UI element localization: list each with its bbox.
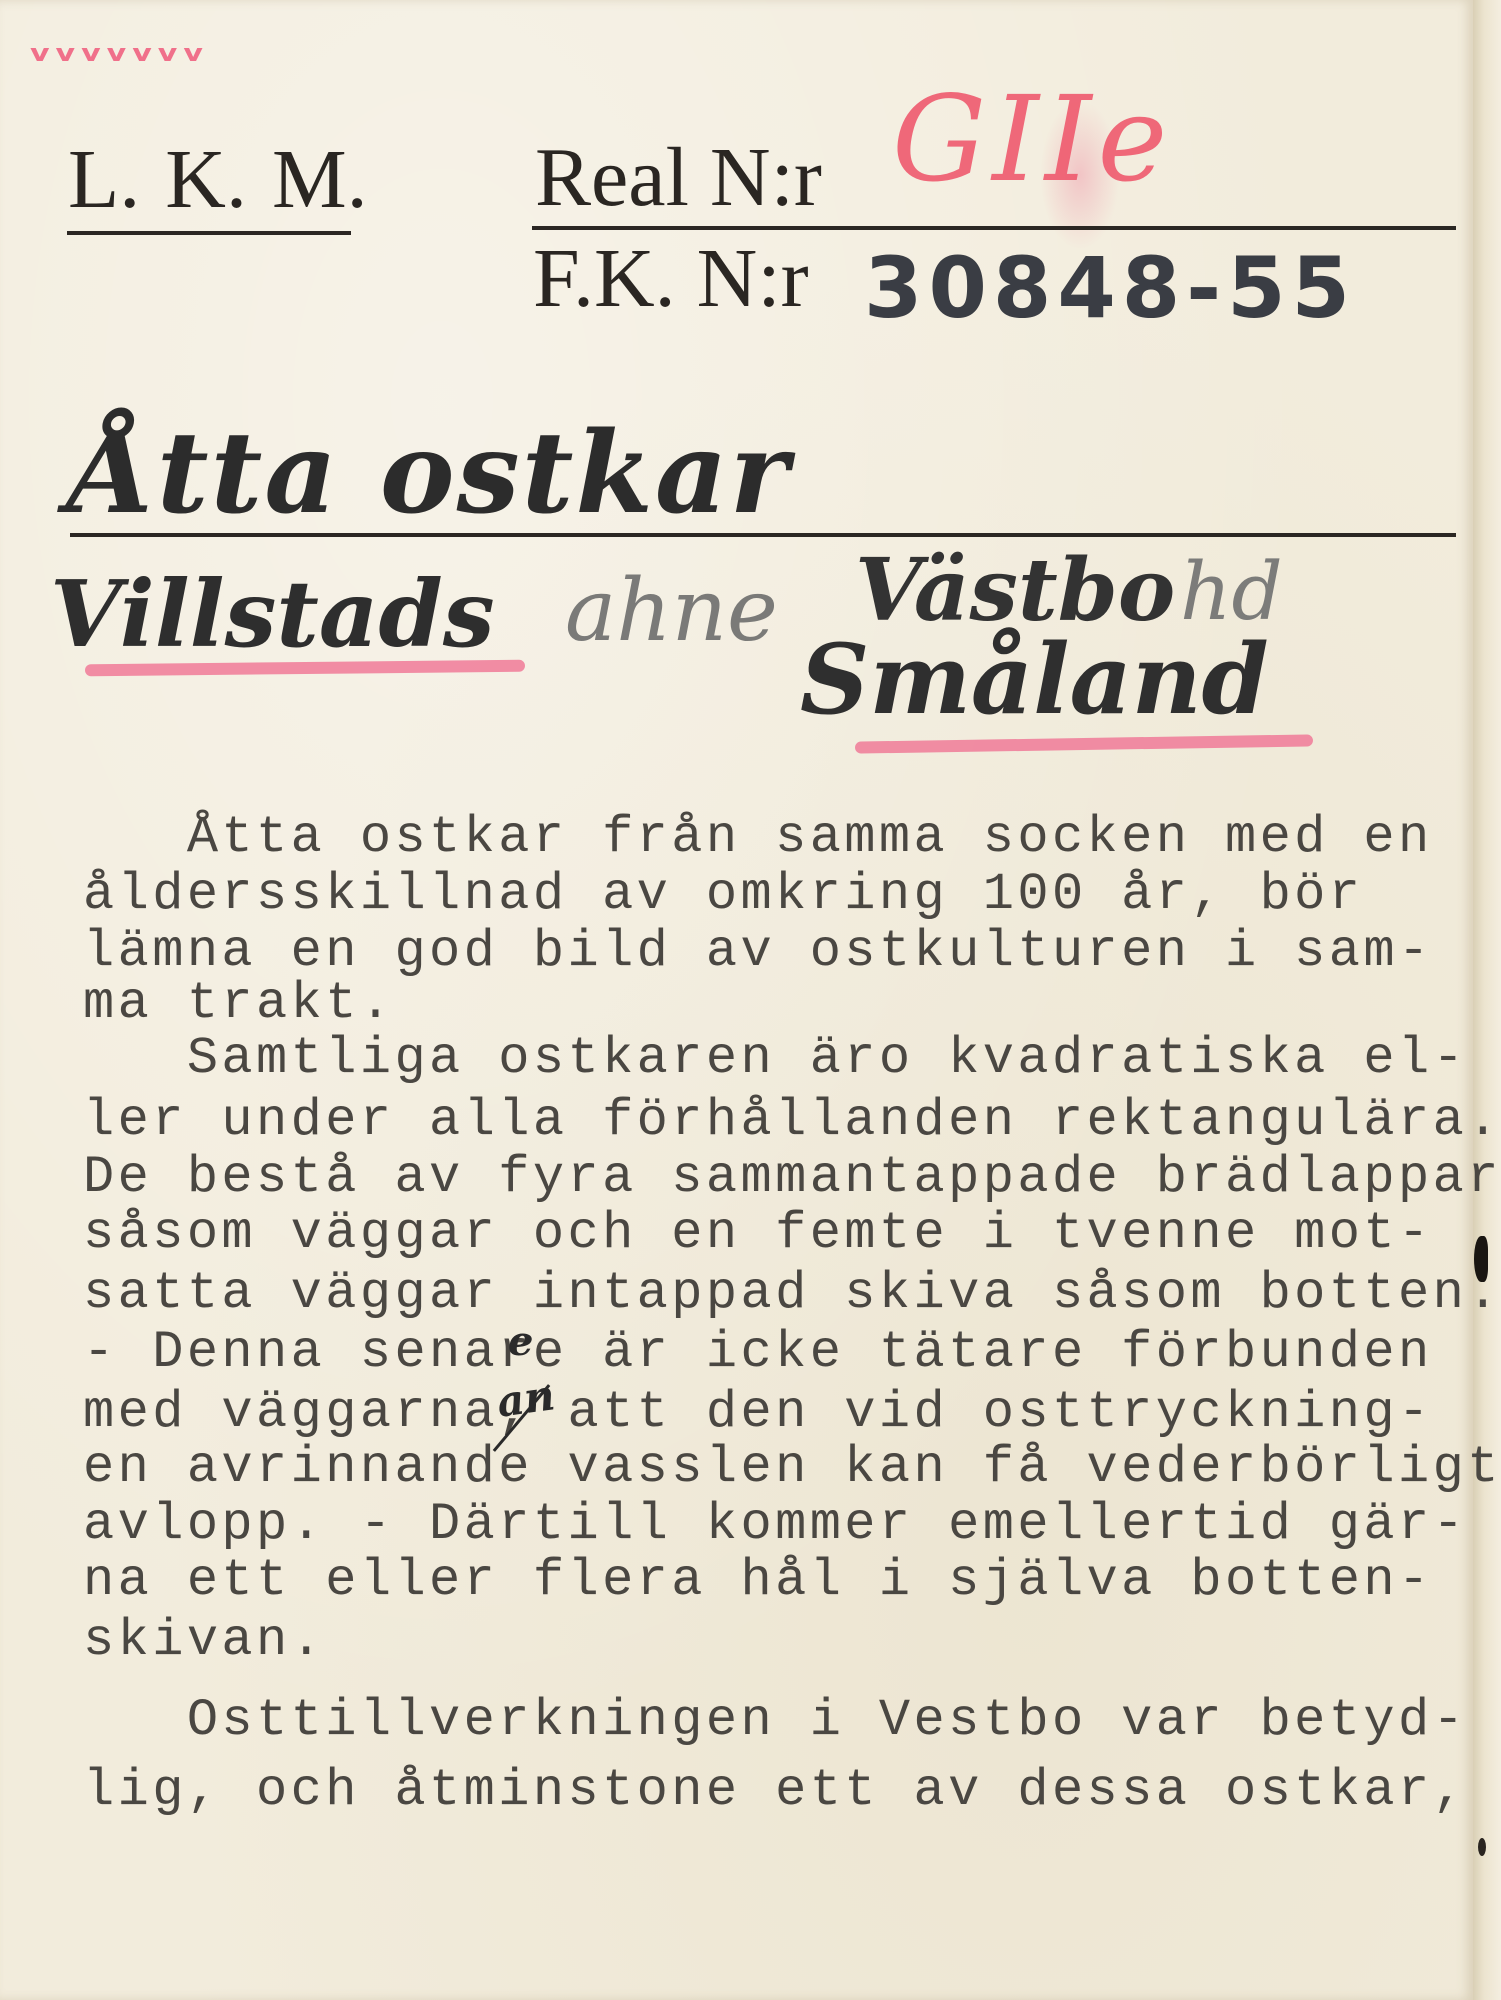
document-title: Åtta ostkar	[68, 418, 791, 530]
page-edge	[1473, 0, 1501, 2000]
body-line: åldersskillnad av omkring 100 år, bör	[83, 869, 1363, 921]
body-line: avlopp. - Därtill kommer emellertid gär-	[83, 1499, 1467, 1551]
body-line: ma trakt.	[83, 978, 394, 1030]
body-line: Åtta ostkar från samma socken med en	[83, 812, 1433, 864]
body-line: satta väggar intappad skiva såsom botten…	[83, 1268, 1501, 1320]
location-parish-suffix: ahne	[565, 568, 778, 654]
fk-nr-label: F.K. N:r	[533, 237, 809, 321]
body-line: Osttillverkningen i Vestbo var betyd-	[83, 1695, 1467, 1747]
handwritten-correction-e: e	[508, 1322, 533, 1362]
real-nr-label: Real N:r	[535, 136, 822, 220]
body-line: lig, och åtminstone ett av dessa ostkar,	[83, 1765, 1467, 1817]
body-line: skivan.	[83, 1615, 325, 1667]
page-notch-small	[1478, 1838, 1486, 1856]
body-line: en avrinnande vasslen kan få vederbörlig…	[83, 1442, 1501, 1494]
real-nr-value: GIIe	[892, 80, 1173, 198]
fk-nr-value: 30848-55	[864, 246, 1356, 330]
body-line: lämna en god bild av ostkulturen i sam-	[83, 926, 1433, 978]
body-line: ler under alla förhållanden rektangulära…	[83, 1095, 1501, 1147]
body-line: med väggarna, att den vid osttryckning-	[83, 1387, 1433, 1439]
title-rule	[70, 533, 1456, 537]
check-marks: vvvvvvv	[30, 40, 209, 68]
body-line: De bestå av fyra sammantappade brädlappa…	[83, 1152, 1501, 1204]
body-line: Samtliga ostkaren äro kvadratiska el-	[83, 1033, 1467, 1085]
body-line: na ett eller flera hål i själva botten-	[83, 1555, 1433, 1607]
real-nr-rule	[532, 226, 1456, 230]
location-district: Västbo	[855, 548, 1175, 634]
institution-label: L. K. M.	[68, 138, 368, 222]
body-line: såsom väggar och en femte i tvenne mot-	[83, 1208, 1433, 1260]
body-line: - Denna senare är icke tätare förbunden	[83, 1327, 1433, 1379]
location-parish: Villstads	[50, 568, 495, 660]
location-province: Småland	[800, 632, 1269, 728]
location-district-suffix: hd	[1180, 552, 1283, 632]
institution-underline	[67, 231, 351, 235]
handwritten-insert-an: an	[494, 1374, 557, 1424]
